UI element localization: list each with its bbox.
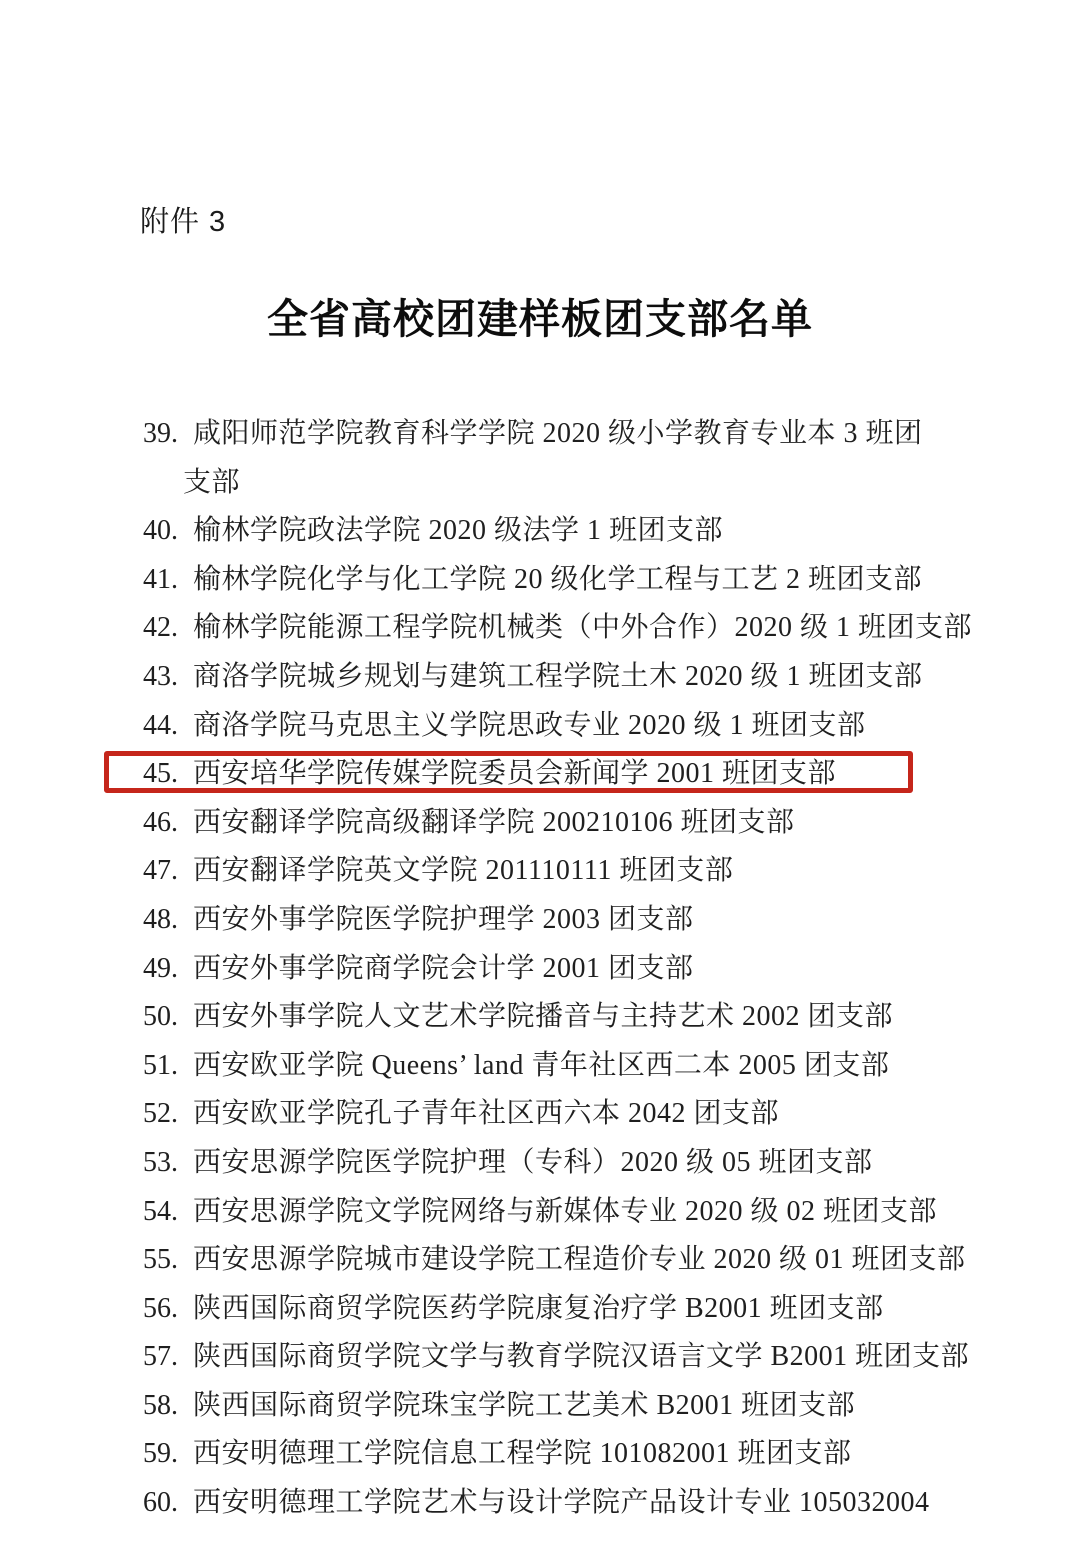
- list-item: 58.陕西国际商贸学院珠宝学院工艺美术 B2001 班团支部: [143, 1382, 955, 1431]
- item-text: 西安思源学院医学院护理（专科）2020 级 05 班团支部: [193, 1147, 873, 1178]
- item-number: 60.: [143, 1479, 193, 1528]
- item-text: 西安明德理工学院艺术与设计学院产品设计专业 105032004: [193, 1487, 930, 1518]
- item-text: 商洛学院城乡规划与建筑工程学院土木 2020 级 1 班团支部: [193, 661, 923, 692]
- branch-list: 39.咸阳师范学院教育科学学院 2020 级小学教育专业本 3 班团 支部 40…: [143, 410, 955, 1528]
- item-text: 榆林学院政法学院 2020 级法学 1 班团支部: [193, 515, 723, 546]
- item-number: 39.: [143, 410, 193, 459]
- list-item: 45.西安培华学院传媒学院委员会新闻学 2001 班团支部: [143, 750, 955, 799]
- item-text: 西安外事学院医学院护理学 2003 团支部: [193, 904, 694, 935]
- item-number: 59.: [143, 1430, 193, 1479]
- item-text: 西安思源学院文学院网络与新媒体专业 2020 级 02 班团支部: [193, 1196, 937, 1227]
- list-item: 42.榆林学院能源工程学院机械类（中外合作）2020 级 1 班团支部: [143, 604, 955, 653]
- list-item: 49.西安外事学院商学院会计学 2001 团支部: [143, 945, 955, 994]
- list-item: 47.西安翻译学院英文学院 201110111 班团支部: [143, 847, 955, 896]
- item-number: 42.: [143, 604, 193, 653]
- item-text: 西安明德理工学院信息工程学院 101082001 班团支部: [193, 1438, 852, 1469]
- list-item: 57.陕西国际商贸学院文学与教育学院汉语言文学 B2001 班团支部: [143, 1333, 955, 1382]
- item-text: 陕西国际商贸学院医药学院康复治疗学 B2001 班团支部: [193, 1293, 884, 1324]
- item-number: 50.: [143, 993, 193, 1042]
- item-number: 45.: [143, 750, 193, 799]
- list-item: 55.西安思源学院城市建设学院工程造价专业 2020 级 01 班团支部: [143, 1236, 955, 1285]
- document-page: 附件 3 全省高校团建样板团支部名单 39.咸阳师范学院教育科学学院 2020 …: [0, 0, 1080, 1562]
- item-text: 西安外事学院人文艺术学院播音与主持艺术 2002 团支部: [193, 1001, 893, 1032]
- page-title: 全省高校团建样板团支部名单: [0, 286, 1080, 345]
- list-item: 54.西安思源学院文学院网络与新媒体专业 2020 级 02 班团支部: [143, 1188, 955, 1237]
- item-text: 西安翻译学院高级翻译学院 200210106 班团支部: [193, 807, 795, 838]
- item-text: 榆林学院化学与化工学院 20 级化学工程与工艺 2 班团支部: [193, 564, 922, 595]
- item-number: 49.: [143, 945, 193, 994]
- item-number: 56.: [143, 1285, 193, 1334]
- item-number: 55.: [143, 1236, 193, 1285]
- list-item: 60.西安明德理工学院艺术与设计学院产品设计专业 105032004: [143, 1479, 955, 1528]
- list-item: 50.西安外事学院人文艺术学院播音与主持艺术 2002 团支部: [143, 993, 955, 1042]
- item-text: 咸阳师范学院教育科学学院 2020 级小学教育专业本 3 班团: [193, 418, 923, 449]
- item-number: 47.: [143, 847, 193, 896]
- item-number: 40.: [143, 507, 193, 556]
- item-number: 44.: [143, 702, 193, 751]
- item-text: 商洛学院马克思主义学院思政专业 2020 级 1 班团支部: [193, 710, 866, 741]
- list-item: 44.商洛学院马克思主义学院思政专业 2020 级 1 班团支部: [143, 702, 955, 751]
- item-text-continued: 支部: [183, 459, 955, 508]
- attachment-label: 附件 3: [140, 199, 226, 240]
- list-item: 43.商洛学院城乡规划与建筑工程学院土木 2020 级 1 班团支部: [143, 653, 955, 702]
- item-number: 58.: [143, 1382, 193, 1431]
- item-number: 57.: [143, 1333, 193, 1382]
- list-item: 41.榆林学院化学与化工学院 20 级化学工程与工艺 2 班团支部: [143, 556, 955, 605]
- list-item: 48.西安外事学院医学院护理学 2003 团支部: [143, 896, 955, 945]
- item-text: 西安外事学院商学院会计学 2001 团支部: [193, 953, 694, 984]
- item-number: 46.: [143, 799, 193, 848]
- item-text: 西安欧亚学院孔子青年社区西六本 2042 团支部: [193, 1098, 779, 1129]
- item-text: 陕西国际商贸学院文学与教育学院汉语言文学 B2001 班团支部: [193, 1341, 969, 1372]
- item-number: 48.: [143, 896, 193, 945]
- list-item: 51.西安欧亚学院 Queens’ land 青年社区西二本 2005 团支部: [143, 1042, 955, 1091]
- item-number: 52.: [143, 1090, 193, 1139]
- item-text: 陕西国际商贸学院珠宝学院工艺美术 B2001 班团支部: [193, 1390, 855, 1421]
- list-item: 52.西安欧亚学院孔子青年社区西六本 2042 团支部: [143, 1090, 955, 1139]
- item-text: 西安翻译学院英文学院 201110111 班团支部: [193, 855, 733, 886]
- list-item: 40.榆林学院政法学院 2020 级法学 1 班团支部: [143, 507, 955, 556]
- item-text: 西安培华学院传媒学院委员会新闻学 2001 班团支部: [193, 758, 836, 789]
- list-item: 53.西安思源学院医学院护理（专科）2020 级 05 班团支部: [143, 1139, 955, 1188]
- item-number: 41.: [143, 556, 193, 605]
- item-number: 43.: [143, 653, 193, 702]
- item-text: 西安思源学院城市建设学院工程造价专业 2020 级 01 班团支部: [193, 1244, 966, 1275]
- list-item: 56.陕西国际商贸学院医药学院康复治疗学 B2001 班团支部: [143, 1285, 955, 1334]
- item-text: 西安欧亚学院 Queens’ land 青年社区西二本 2005 团支部: [193, 1050, 889, 1081]
- list-item: 46.西安翻译学院高级翻译学院 200210106 班团支部: [143, 799, 955, 848]
- item-number: 54.: [143, 1188, 193, 1237]
- item-number: 51.: [143, 1042, 193, 1091]
- list-item: 39.咸阳师范学院教育科学学院 2020 级小学教育专业本 3 班团 支部: [143, 410, 955, 507]
- list-item: 59.西安明德理工学院信息工程学院 101082001 班团支部: [143, 1430, 955, 1479]
- item-number: 53.: [143, 1139, 193, 1188]
- item-text: 榆林学院能源工程学院机械类（中外合作）2020 级 1 班团支部: [193, 612, 972, 643]
